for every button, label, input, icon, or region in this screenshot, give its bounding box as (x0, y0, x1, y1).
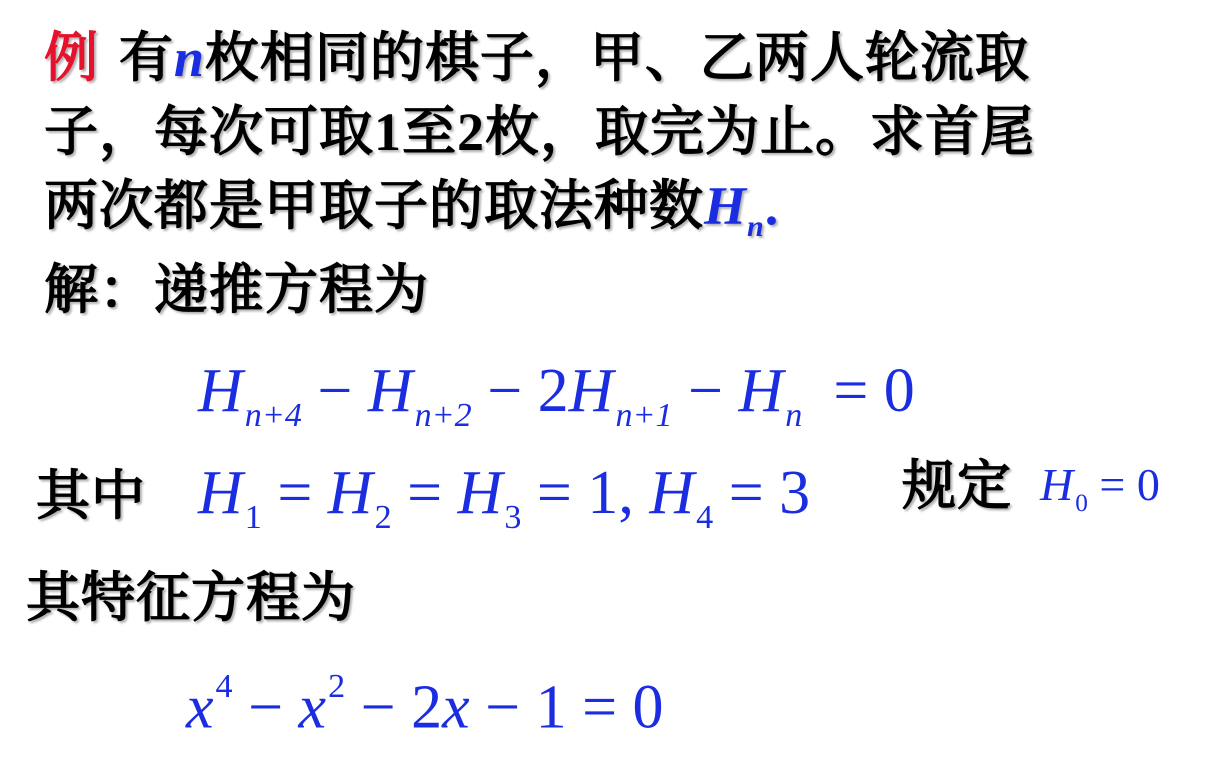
text: 两次都是甲取子的取法种数 (44, 173, 704, 237)
problem-line-3: 两次都是甲取子的取法种数Hn. (44, 178, 779, 242)
text: 枚，取完为止。求首尾 (485, 99, 1035, 163)
text: 有 (119, 25, 174, 89)
number: 2 (457, 102, 485, 162)
problem-line-1: 例 有n枚相同的棋子，甲、乙两人轮流取 (44, 30, 1030, 85)
number: 1 (374, 102, 402, 162)
var-H: H (704, 176, 747, 236)
solution-intro: 解：递推方程为 (44, 262, 429, 316)
char-intro: 其特征方程为 (26, 570, 356, 624)
text: 子，每次可取 (44, 99, 374, 163)
problem-line-2: 子，每次可取1至2枚，取完为止。求首尾 (44, 104, 1035, 159)
initial-conditions: H1 = H2 = H3 = 1, H4 = 3 (198, 462, 810, 535)
var-n: n (174, 28, 205, 88)
recurrence-equation: Hn+4 − Hn+2 − 2Hn+1 − Hn = 0 (198, 360, 915, 433)
text: 枚相同的棋子，甲、乙两人轮流取 (205, 25, 1030, 89)
text: 至 (402, 99, 457, 163)
period: . (765, 176, 780, 236)
example-label: 例 (44, 25, 99, 89)
subscript-n: n (747, 210, 765, 243)
initial-label: 其中 (36, 468, 146, 522)
characteristic-equation: x4 − x2 − 2x − 1 = 0 (186, 670, 664, 739)
convention-equation: H0 = 0 (1040, 462, 1160, 517)
convention-label: 规定 (902, 458, 1012, 512)
